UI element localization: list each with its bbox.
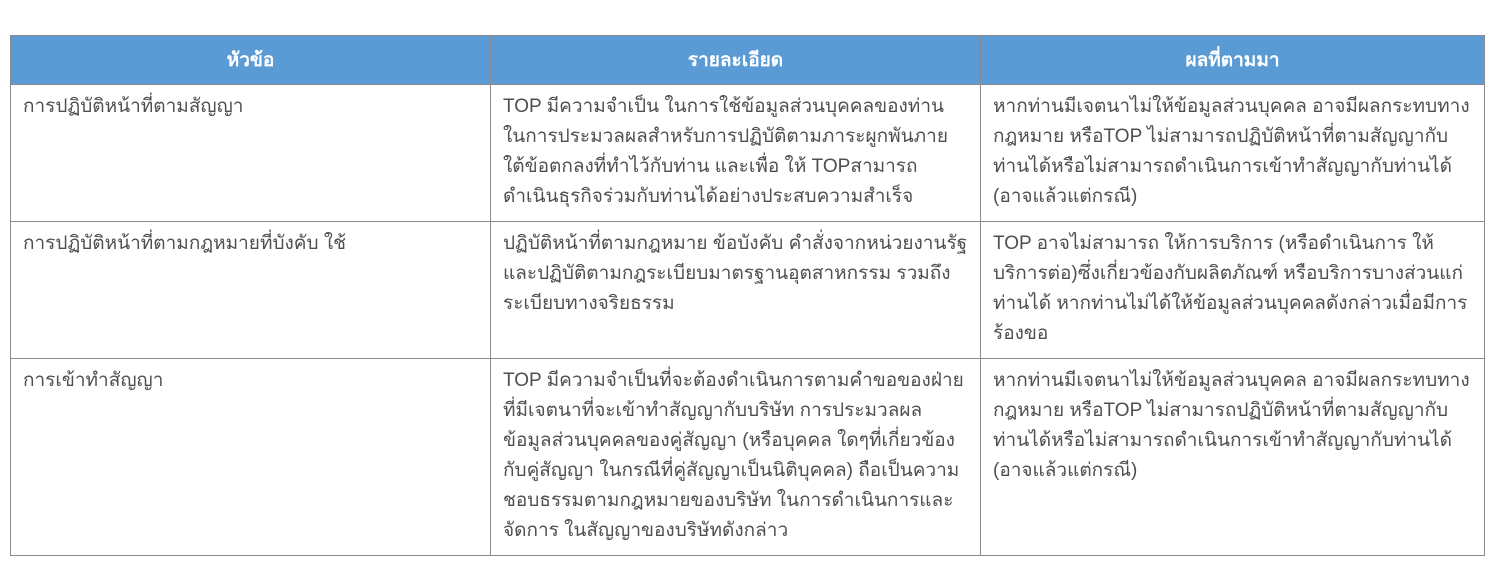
cell-consequence: TOP อาจไม่สามารถ ให้การบริการ (หรือดำเนิ… xyxy=(981,222,1485,359)
cell-topic: การเข้าทำสัญญา xyxy=(11,359,491,556)
table-header-row: หัวข้อ รายละเอียด ผลที่ตามมา xyxy=(11,36,1485,85)
column-header-details: รายละเอียด xyxy=(491,36,981,85)
column-header-topic: หัวข้อ xyxy=(11,36,491,85)
cell-consequence: หากท่านมีเจตนาไม่ให้ข้อมูลส่วนบุคคล อาจม… xyxy=(981,85,1485,222)
cell-detail: TOP มีความจำเป็น ในการใช้ข้อมูลส่วนบุคคล… xyxy=(491,85,981,222)
privacy-purposes-table: หัวข้อ รายละเอียด ผลที่ตามมา การปฏิบัติห… xyxy=(10,35,1485,556)
cell-topic: การปฏิบัติหน้าที่ตามกฎหมายที่บังคับ ใช้ xyxy=(11,222,491,359)
column-header-consequence: ผลที่ตามมา xyxy=(981,36,1485,85)
privacy-purposes-section: หัวข้อ รายละเอียด ผลที่ตามมา การปฏิบัติห… xyxy=(0,0,1494,556)
table-row: การเข้าทำสัญญา TOP มีความจำเป็นที่จะต้อง… xyxy=(11,359,1485,556)
cell-topic: การปฏิบัติหน้าที่ตามสัญญา xyxy=(11,85,491,222)
cell-consequence: หากท่านมีเจตนาไม่ให้ข้อมูลส่วนบุคคล อาจม… xyxy=(981,359,1485,556)
cell-detail: TOP มีความจำเป็นที่จะต้องดำเนินการตามคำข… xyxy=(491,359,981,556)
cell-detail: ปฏิบัติหน้าที่ตามกฎหมาย ข้อบังคับ คำสั่ง… xyxy=(491,222,981,359)
table-row: การปฏิบัติหน้าที่ตามสัญญา TOP มีความจำเป… xyxy=(11,85,1485,222)
table-row: การปฏิบัติหน้าที่ตามกฎหมายที่บังคับ ใช้ … xyxy=(11,222,1485,359)
